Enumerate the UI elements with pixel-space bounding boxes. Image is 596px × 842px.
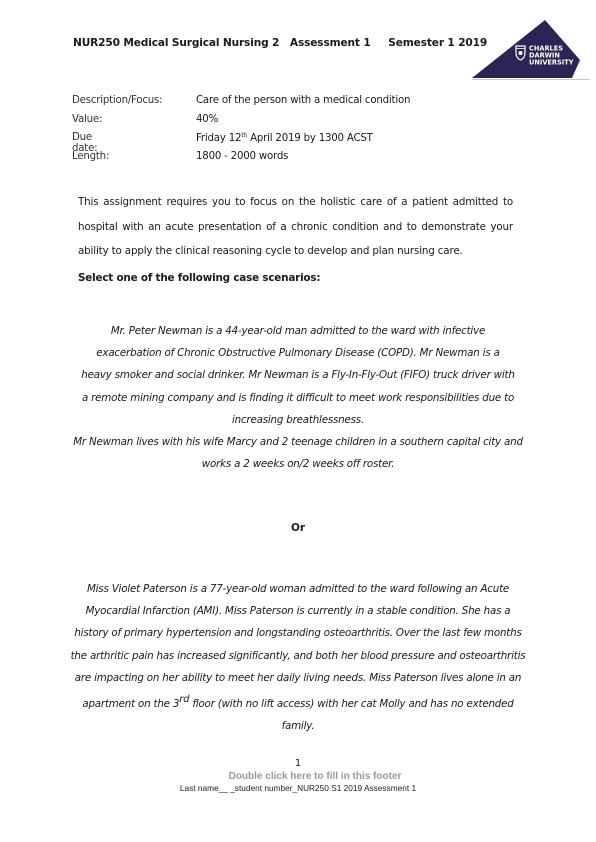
- or-separator: Or: [0, 522, 596, 534]
- page-number: 1: [0, 758, 596, 769]
- scenario1-paragraph-1: Mr. Peter Newman is a 44-year-old man ad…: [68, 320, 528, 431]
- floor-ordinal: rd: [179, 694, 189, 705]
- meta-label: Description/Focus:: [72, 95, 162, 106]
- meta-value: Care of the person with a medical condit…: [196, 95, 410, 106]
- meta-value: 40%: [196, 114, 218, 125]
- due-date-post: April 2019 by 1300 ACST: [247, 133, 373, 144]
- scenario2-text-pre: Miss Violet Paterson is a 77-year-old wo…: [71, 583, 526, 710]
- scenario2-paragraph: Miss Violet Paterson is a 77-year-old wo…: [68, 578, 528, 737]
- meta-label: Length:: [72, 151, 109, 162]
- university-logo: CHARLES DARWIN UNIVERSITY: [470, 18, 592, 82]
- select-heading: Select one of the following case scenari…: [78, 272, 320, 284]
- case-scenario-2: Miss Violet Paterson is a 77-year-old wo…: [68, 578, 528, 737]
- header-title: NUR250 Medical Surgical Nursing 2 Assess…: [73, 37, 487, 49]
- footer-text[interactable]: Last name__ _student number_NUR250 S1 20…: [0, 783, 596, 793]
- meta-value: 1800 - 2000 words: [196, 151, 288, 162]
- scenario2-text-post: floor (with no lift access) with her cat…: [189, 698, 513, 732]
- meta-value: Friday 12th April 2019 by 1300 ACST: [196, 132, 373, 144]
- meta-label: Value:: [72, 114, 102, 125]
- logo-line-3: UNIVERSITY: [529, 59, 574, 67]
- case-scenario-1: Mr. Peter Newman is a 44-year-old man ad…: [68, 320, 528, 475]
- intro-paragraph: This assignment requires you to focus on…: [78, 190, 513, 264]
- footer-fill-hint[interactable]: Double click here to fill in this footer: [0, 771, 596, 782]
- due-date-pre: Friday 12: [196, 133, 241, 144]
- scenario1-paragraph-2: Mr Newman lives with his wife Marcy and …: [68, 431, 528, 475]
